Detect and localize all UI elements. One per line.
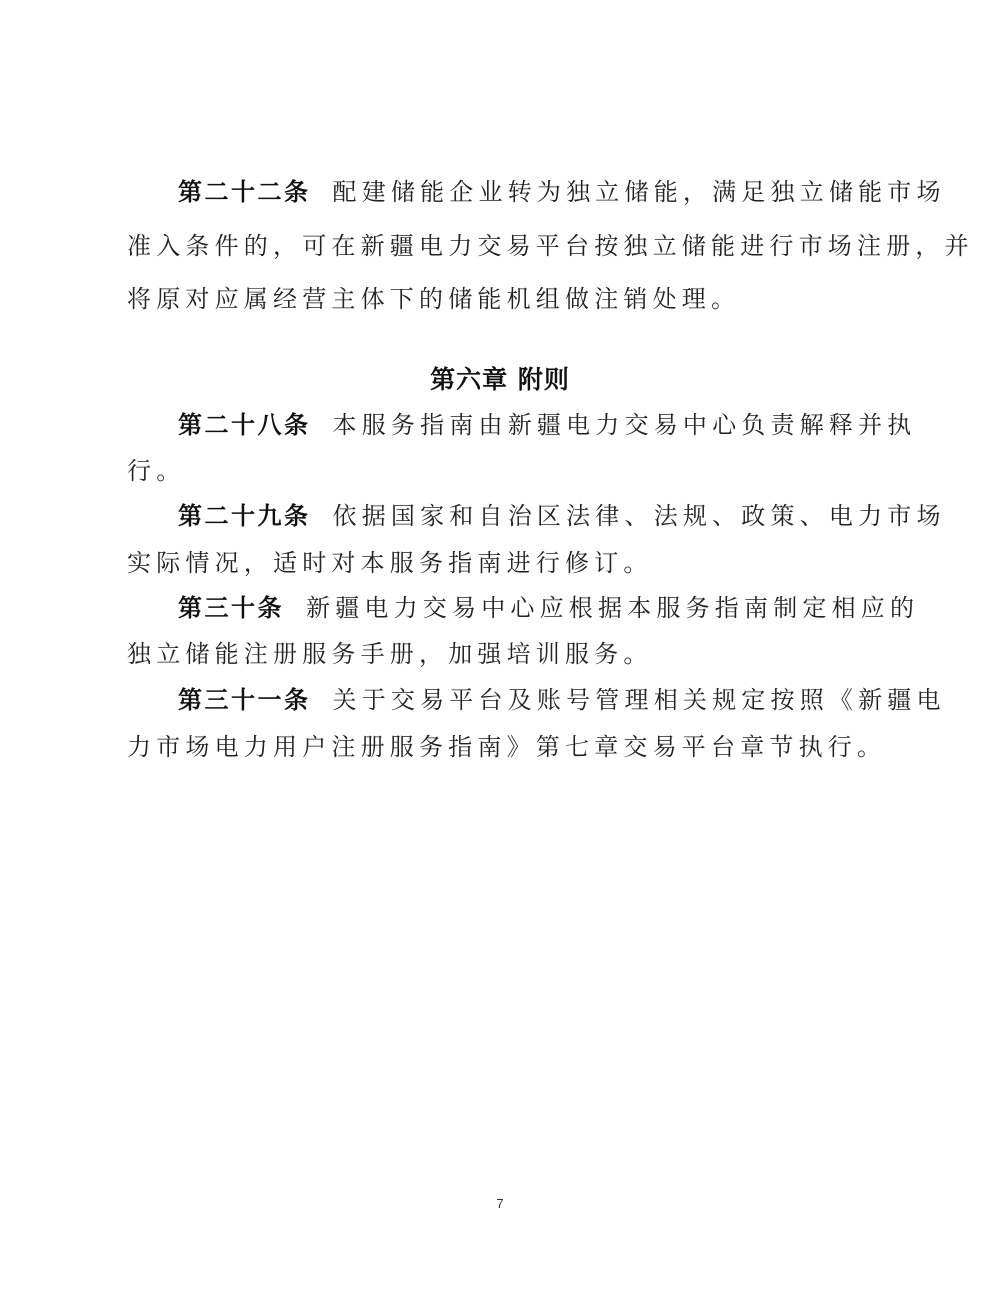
- article-line: 第二十八条本服务指南由新疆电力交易中心负责解释并执: [178, 405, 878, 445]
- article-text: 力市场电力用户注册服务指南》第七章交易平台章节执行。: [127, 733, 886, 761]
- article-line: 独立储能注册服务手册，加强培训服务。: [127, 634, 877, 674]
- article-label: 第二十八条: [178, 411, 311, 439]
- article-line: 力市场电力用户注册服务指南》第七章交易平台章节执行。: [127, 727, 877, 767]
- article-text: 独立储能注册服务手册，加强培训服务。: [127, 640, 653, 668]
- article-text: 新疆电力交易中心应根据本服务指南制定相应的: [306, 594, 919, 622]
- article-line: 实际情况，适时对本服务指南进行修订。: [127, 543, 877, 583]
- article-text: 本服务指南由新疆电力交易中心负责解释并执: [333, 411, 917, 439]
- article-line: 准入条件的，可在新疆电力交易平台按独立储能进行市场注册，并: [127, 226, 877, 266]
- article-label: 第二十二条: [178, 178, 311, 206]
- article-text: 配建储能企业转为独立储能，满足独立储能市场: [333, 178, 946, 206]
- article-line: 将原对应属经营主体下的储能机组做注销处理。: [127, 279, 877, 319]
- article-label: 第二十九条: [178, 502, 311, 530]
- article-text: 关于交易平台及账号管理相关规定按照《新疆电: [333, 686, 946, 714]
- article-line: 第三十条新疆电力交易中心应根据本服务指南制定相应的: [178, 588, 878, 628]
- article-line: 行。: [127, 451, 877, 491]
- article-label: 第三十条: [178, 594, 284, 622]
- article-text: 行。: [127, 457, 185, 485]
- article-line: 第二十九条依据国家和自治区法律、法规、政策、电力市场: [178, 496, 878, 536]
- article-text: 将原对应属经营主体下的储能机组做注销处理。: [127, 285, 740, 313]
- document-page: 第二十二条配建储能企业转为独立储能，满足独立储能市场 准入条件的，可在新疆电力交…: [0, 0, 1000, 1294]
- chapter-title: 第六章 附则: [0, 360, 1000, 400]
- article-text: 实际情况，适时对本服务指南进行修订。: [127, 549, 653, 577]
- page-number: 7: [0, 1196, 1000, 1211]
- article-label: 第三十一条: [178, 686, 311, 714]
- article-line: 第二十二条配建储能企业转为独立储能，满足独立储能市场: [178, 172, 878, 212]
- article-text: 准入条件的，可在新疆电力交易平台按独立储能进行市场注册，并: [127, 232, 974, 260]
- article-text: 依据国家和自治区法律、法规、政策、电力市场: [333, 502, 946, 530]
- article-line: 第三十一条关于交易平台及账号管理相关规定按照《新疆电: [178, 680, 878, 720]
